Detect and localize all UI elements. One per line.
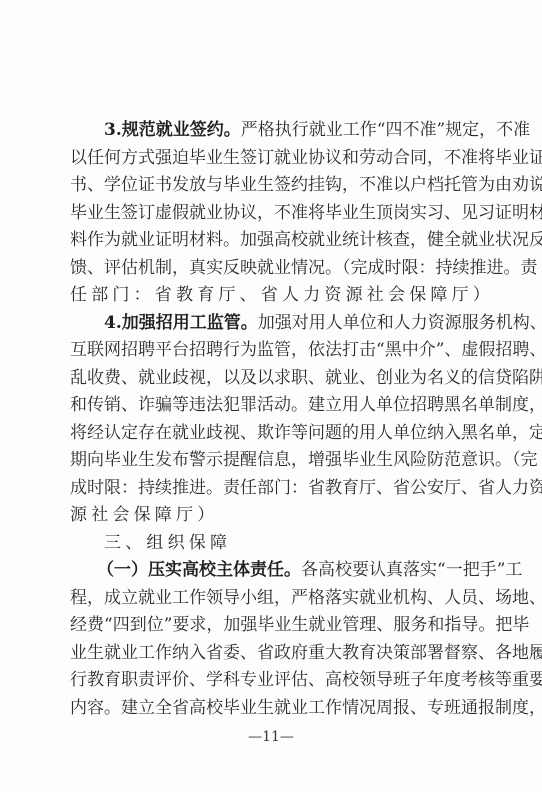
paragraph-3-line-3: 书、学位证书发放与毕业生签约挂钩，不准以户档托管为由劝说 (70, 171, 482, 199)
section-paragraph-line-5: 行教育职责评价、学科专业评估、高校领导班子年度考核等重要 (70, 666, 482, 694)
section-paragraph-line-4: 业生就业工作纳入省委、省政府重大教育决策部署督察、各地履 (70, 639, 482, 667)
section-paragraph-lead: （一）压实高校主体责任。 (97, 560, 301, 580)
document-page: 3.规范就业签约。严格执行就业工作“四不准”规定，不准 以任何方式强迫毕业生签订… (0, 0, 542, 792)
paragraph-4-line-3: 乱收费、就业歧视，以及以求职、就业、创业为名义的信贷陷阱 (70, 364, 482, 392)
paragraph-4-line-1: 4.加强招用工监管。加强对用人单位和人力资源服务机构、 (104, 309, 482, 337)
paragraph-4-line-5: 将经认定存在就业歧视、欺诈等问题的用人单位纳入黑名单，定 (70, 419, 482, 447)
paragraph-4-line-6: 期向毕业生发布警示提醒信息，增强毕业生风险防范意识。（完 (70, 446, 482, 474)
paragraph-4-line-2: 互联网招聘平台招聘行为监管，依法打击“黑中介”、虚假招聘、 (70, 336, 482, 364)
section-paragraph-line-1: （一）压实高校主体责任。各高校要认真落实“一把手”工 (97, 556, 482, 584)
section-paragraph-line-6: 内容。建立全省高校毕业生就业工作情况周报、专班通报制度， (70, 694, 482, 722)
paragraph-3-line-4: 毕业生签订虚假就业协议，不准将毕业生顶岗实习、见习证明材 (70, 199, 482, 227)
paragraph-4-line-4: 和传销、诈骗等违法犯罪活动。建立用人单位招聘黑名单制度， (70, 391, 482, 419)
page-number: —11— (0, 729, 542, 745)
paragraph-4-line-8: 源社会保障厅） (70, 501, 482, 529)
paragraph-3-line-6: 馈、评估机制，真实反映就业情况。（完成时限：持续推进。责 (70, 254, 482, 282)
section-paragraph-line-3: 经费“四到位”要求，加强毕业生就业管理、服务和指导。把毕 (70, 611, 482, 639)
paragraph-3-line-7: 任部门：省教育厅、省人力资源社会保障厅） (70, 281, 482, 309)
paragraph-3-line-2: 以任何方式强迫毕业生签订就业协议和劳动合同，不准将毕业证 (70, 144, 482, 172)
paragraph-3-line-1: 3.规范就业签约。严格执行就业工作“四不准”规定，不准 (104, 116, 482, 144)
paragraph-4-line-7: 成时限：持续推进。责任部门：省教育厅、省公安厅、省人力资 (70, 474, 482, 502)
section-paragraph-line-2: 程，成立就业工作领导小组，严格落实就业机构、人员、场地、 (70, 584, 482, 612)
section-heading: 三、组织保障 (104, 529, 482, 557)
paragraph-3-lead: 3.规范就业签约。 (104, 120, 241, 140)
paragraph-3-line-5: 料作为就业证明材料。加强高校就业统计核查，健全就业状况反 (70, 226, 482, 254)
paragraph-4-lead: 4.加强招用工监管。 (104, 313, 258, 333)
